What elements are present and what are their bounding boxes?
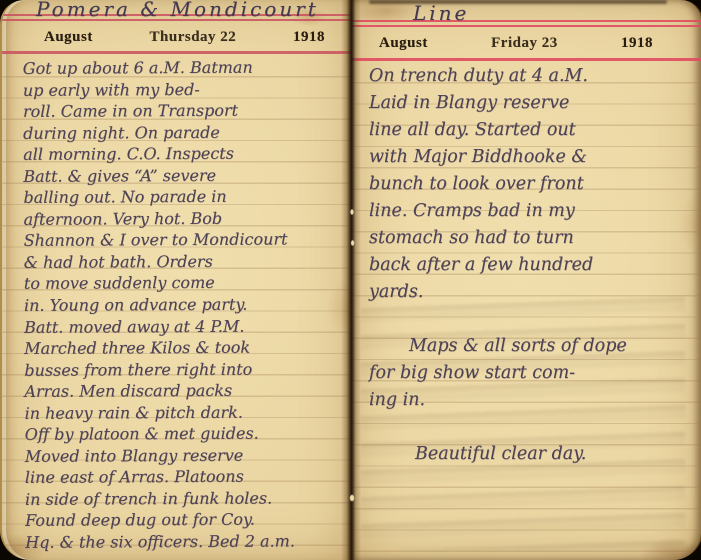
handwritten-line: balling out. No parade in	[23, 185, 348, 208]
handwritten-line: Shannon & I over to Mondicourt	[24, 229, 349, 252]
handwritten-line: Hq. & the six officers. Bed 2 a.m.	[25, 530, 350, 553]
handwritten-line: line all day. Started out	[369, 117, 697, 144]
handwritten-line: & had hot bath. Orders	[24, 250, 349, 273]
diary-spread: Pomera & Mondicourt August Thursday 22 1…	[0, 0, 701, 560]
handwritten-line: busses from there right into	[24, 358, 349, 381]
handwritten-line: back after a few hundred	[369, 252, 697, 279]
handwritten-line: roll. Came in on Transport	[23, 99, 348, 122]
handwritten-line: Beautiful clear day.	[369, 441, 697, 468]
handwritten-line: in. Young on advance party.	[24, 293, 349, 316]
handwritten-line: On trench duty at 4 a.M.	[369, 63, 697, 90]
handwritten-line: for big show start com-	[369, 360, 697, 387]
header-month: August	[379, 35, 428, 52]
diary-entry: On trench duty at 4 a.M.Laid in Blangy r…	[369, 63, 697, 468]
handwritten-line	[369, 306, 697, 333]
handwritten-line: Arras. Men discard packs	[24, 379, 349, 402]
handwritten-line: Found deep dug out for Coy.	[25, 509, 350, 532]
handwritten-line: Marched three Kilos & took	[24, 336, 349, 359]
red-rule	[351, 25, 701, 27]
diary-entry: Got up about 6 a.M. Batmanup early with …	[23, 56, 351, 553]
handwritten-line: in side of trench in funk holes.	[25, 487, 350, 510]
handwritten-line: Maps & all sorts of dope	[369, 333, 697, 360]
handwritten-page-title: Line	[413, 1, 469, 25]
handwritten-line: bunch to look over front	[369, 171, 697, 198]
handwritten-line: ing in.	[369, 387, 697, 414]
handwritten-line: up early with my bed-	[23, 78, 348, 101]
handwritten-line: Moved into Blangy reserve	[25, 444, 350, 467]
header-month: August	[44, 29, 93, 46]
handwritten-line: Got up about 6 a.M. Batman	[23, 56, 348, 79]
handwritten-line: to move suddenly come	[24, 272, 349, 295]
handwritten-line: Batt. & gives “A” severe	[23, 164, 348, 187]
handwritten-line: all morning. C.O. Inspects	[23, 142, 348, 165]
red-rule	[351, 20, 701, 22]
handwritten-line: line east of Arras. Platoons	[25, 466, 350, 489]
handwritten-line: yards.	[369, 279, 697, 306]
handwritten-line: during night. On parade	[23, 121, 348, 144]
handwritten-line: stomach so had to turn	[369, 225, 697, 252]
header-year: 1918	[293, 29, 325, 46]
header-day: Thursday 22	[150, 29, 237, 46]
handwritten-line: Batt. moved away at 4 P.M.	[24, 315, 349, 338]
handwritten-line: afternoon. Very hot. Bob	[23, 207, 348, 230]
printed-date-header: August Friday 23 1918	[351, 30, 701, 56]
header-day: Friday 23	[491, 35, 558, 52]
handwritten-line	[369, 414, 697, 441]
diary-page-right: Line August Friday 23 1918 On trench dut…	[351, 0, 701, 560]
red-rule	[351, 58, 701, 61]
printed-date-header: August Thursday 22 1918	[2, 24, 351, 50]
handwritten-line: in heavy rain & pitch dark.	[25, 401, 350, 424]
handwritten-line: with Major Biddhooke &	[369, 144, 697, 171]
handwritten-line: Laid in Blangy reserve	[369, 90, 697, 117]
handwritten-page-title: Pomera & Mondicourt	[36, 0, 319, 21]
header-year: 1918	[621, 35, 653, 52]
diary-page-left: Pomera & Mondicourt August Thursday 22 1…	[0, 0, 351, 560]
red-rule	[2, 51, 351, 54]
handwritten-line: Off by platoon & met guides.	[25, 422, 350, 445]
handwritten-line: line. Cramps bad in my	[369, 198, 697, 225]
